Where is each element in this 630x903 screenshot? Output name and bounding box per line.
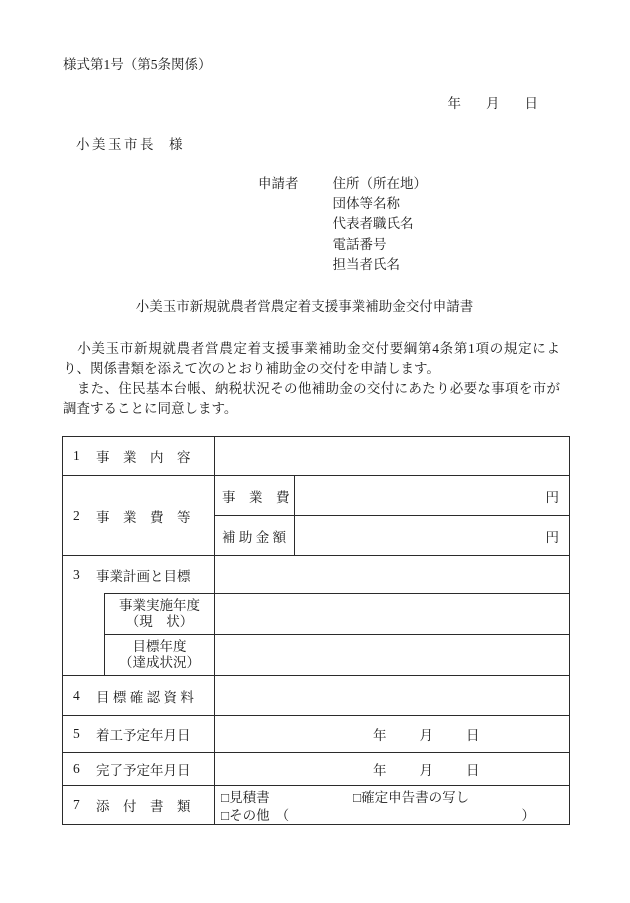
row2-label: 事 業 費 等: [96, 506, 214, 526]
completion-date-day-label: 日: [466, 759, 480, 779]
applicant-representative-label: 代表者職氏名: [333, 214, 428, 234]
row1-number: 1: [73, 448, 96, 464]
table-row: 2 事 業 費 等 事 業 費 円 補 助 金 額 円: [63, 475, 569, 555]
row5-number: 5: [73, 726, 96, 742]
subsidy-amount-label: 補 助 金 額: [215, 516, 294, 555]
table-row: 6 完了予定年月日 年 月 日: [63, 752, 569, 785]
checkbox-tax-return-copy-label: 確定申告書の写し: [361, 789, 469, 807]
row4-label: 目 標 確 認 資 料: [96, 686, 214, 706]
row3-indent-spacer: [63, 593, 104, 634]
completion-date-field[interactable]: 年 月 日: [214, 752, 569, 785]
implementation-year-label-cell: 事業実施年度 （現 状）: [104, 593, 214, 634]
row1-label: 事 業 内 容: [96, 446, 214, 466]
business-content-field[interactable]: [214, 437, 569, 475]
checkbox-other[interactable]: □その他: [221, 807, 270, 825]
row2-number: 2: [73, 508, 96, 524]
applicant-address-label: 住所（所在地）: [333, 174, 428, 194]
table-row: 目標年度 （達成状況）: [63, 634, 569, 675]
achievement-status-label: （達成状況）: [119, 655, 200, 672]
row5-label-cell: 5 着工予定年月日: [63, 715, 214, 752]
checkbox-icon: □: [353, 789, 361, 807]
checkbox-icon: □: [221, 807, 229, 825]
row7-number: 7: [73, 797, 96, 813]
subsidy-amount-unit: 円: [546, 526, 560, 546]
addressee-honorific: 様: [169, 137, 185, 152]
row4-label-cell: 4 目 標 確 認 資 料: [63, 675, 214, 715]
target-year-label-cell: 目標年度 （達成状況）: [104, 634, 214, 675]
body-paragraph-1: 小美玉市新規就農者営農定着支援事業補助金交付要綱第4条第1項の規定により、関係書…: [63, 339, 560, 379]
row3-indent-spacer: [63, 634, 104, 675]
attached-documents-field: □見積書 □確定申告書の写し □その他 （ ）: [214, 785, 569, 824]
row3-number: 3: [73, 567, 96, 583]
project-cost-unit: 円: [546, 486, 560, 506]
row3-label-cell: 3 事業計画と目標: [63, 555, 214, 593]
form-number: 様式第1号（第5条関係）: [63, 56, 568, 73]
applicant-organization-label: 団体等名称: [333, 194, 428, 214]
date-month-label: 月: [486, 95, 500, 112]
business-plan-field[interactable]: [214, 555, 569, 593]
document-title: 小美玉市新規就農者営農定着支援事業補助金交付申請書: [52, 298, 557, 315]
other-paren-open: （: [276, 807, 290, 825]
row1-label-cell: 1 事 業 内 容: [63, 437, 214, 475]
start-date-day-label: 日: [466, 724, 480, 744]
row6-label: 完了予定年月日: [96, 759, 214, 779]
checkbox-estimate-label: 見積書: [229, 789, 270, 807]
table-row: 4 目 標 確 認 資 料: [63, 675, 569, 715]
current-status-label: （現 状）: [126, 614, 194, 631]
start-date-month-label: 月: [420, 724, 434, 744]
row2-content: 事 業 費 円 補 助 金 額 円: [214, 475, 569, 555]
addressee-name: 小美玉市長: [76, 137, 156, 152]
subsidy-amount-field[interactable]: 円: [294, 516, 569, 555]
project-cost-label: 事 業 費: [215, 476, 294, 515]
date-year-label: 年: [448, 95, 462, 112]
implementation-year-label: 事業実施年度: [119, 598, 200, 615]
checkbox-line-1: □見積書 □確定申告書の写し: [221, 789, 561, 807]
start-date-year-label: 年: [373, 724, 387, 744]
row4-number: 4: [73, 688, 96, 704]
project-cost-row: 事 業 費 円: [215, 476, 569, 515]
completion-date-month-label: 月: [420, 759, 434, 779]
row5-label: 着工予定年月日: [96, 724, 214, 744]
application-table: 1 事 業 内 容 2 事 業 費 等 事 業 費 円 補 助 金 額: [62, 436, 570, 825]
document-page: 様式第1号（第5条関係） 年 月 日 小美玉市長様 申請者 住所（所在地） 団体…: [0, 0, 630, 903]
table-row: 1 事 業 内 容: [63, 437, 569, 475]
applicant-label: 申請者: [258, 174, 299, 275]
applicant-block: 申請者 住所（所在地） 団体等名称 代表者職氏名 電話番号 担当者氏名: [258, 174, 568, 275]
applicant-contact-person-label: 担当者氏名: [333, 255, 428, 275]
row2-label-cell: 2 事 業 費 等: [63, 475, 214, 555]
applicant-fields: 住所（所在地） 団体等名称 代表者職氏名 電話番号 担当者氏名: [333, 174, 428, 275]
row7-label: 添 付 書 類: [96, 795, 214, 815]
addressee-line: 小美玉市長様: [76, 136, 568, 153]
row7-label-cell: 7 添 付 書 類: [63, 785, 214, 824]
body-paragraph-2: また、住民基本台帳、納税状況その他補助金の交付にあたり必要な事項を市が調査するこ…: [63, 379, 560, 419]
table-row: 3 事業計画と目標: [63, 555, 569, 593]
table-row: 事業実施年度 （現 状）: [63, 593, 569, 634]
target-year-field[interactable]: [214, 634, 569, 675]
table-row: 5 着工予定年月日 年 月 日: [63, 715, 569, 752]
date-day-label: 日: [525, 95, 539, 112]
date-line[interactable]: 年 月 日: [63, 95, 568, 112]
checkbox-tax-return-copy[interactable]: □確定申告書の写し: [353, 789, 469, 807]
checkbox-estimate[interactable]: □見積書: [221, 789, 353, 807]
table-row: 7 添 付 書 類 □見積書 □確定申告書の写し □その他 （: [63, 785, 569, 824]
checkbox-icon: □: [221, 789, 229, 807]
row3-label: 事業計画と目標: [96, 565, 214, 585]
target-year-label: 目標年度: [133, 639, 187, 656]
subsidy-amount-row: 補 助 金 額 円: [215, 515, 569, 555]
checkbox-line-2: □その他 （ ）: [221, 807, 561, 825]
row6-label-cell: 6 完了予定年月日: [63, 752, 214, 785]
checkbox-other-label: その他: [229, 807, 270, 825]
applicant-phone-label: 電話番号: [333, 235, 428, 255]
project-cost-field[interactable]: 円: [294, 476, 569, 515]
completion-date-year-label: 年: [373, 759, 387, 779]
target-confirmation-field[interactable]: [214, 675, 569, 715]
implementation-year-field[interactable]: [214, 593, 569, 634]
start-date-field[interactable]: 年 月 日: [214, 715, 569, 752]
other-paren-close: ）: [522, 807, 536, 825]
row6-number: 6: [73, 761, 96, 777]
